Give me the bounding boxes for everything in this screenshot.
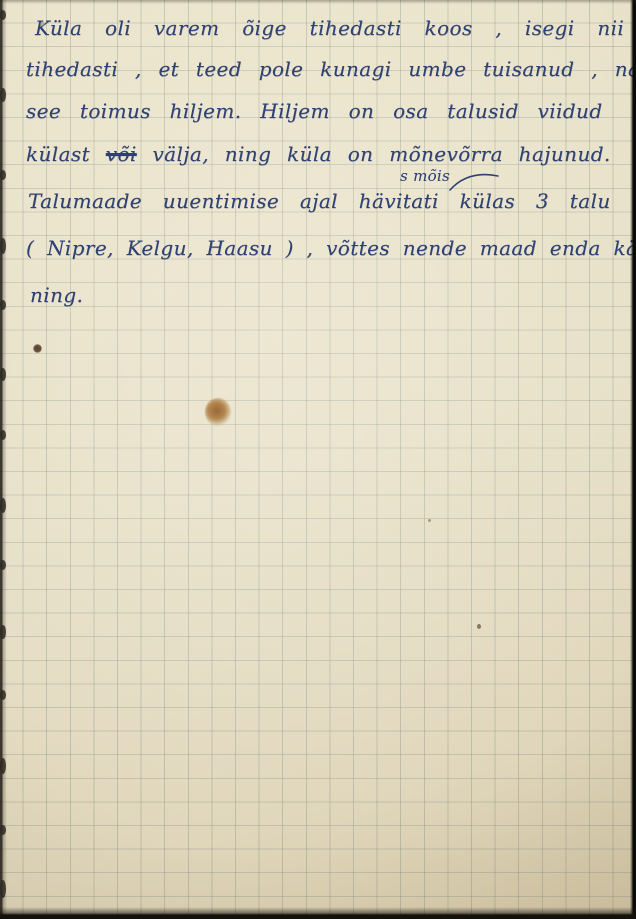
torn-edge-blob	[0, 825, 6, 835]
torn-edge-blob	[0, 880, 6, 898]
handwriting-segment: külast	[26, 142, 106, 166]
torn-edge-blob	[0, 10, 6, 20]
paper-speck	[40, 22, 45, 26]
struck-word: või	[106, 142, 137, 166]
handwriting-line-5: Talumaade uuentimise ajal hävitati külas…	[28, 189, 611, 213]
torn-edge-blob	[0, 690, 6, 700]
torn-edge-blob	[0, 88, 6, 102]
notebook-page: Küla oli varem õige tihedasti koos , ise…	[0, 0, 636, 919]
torn-edge-blob	[0, 300, 6, 310]
torn-edge-blob	[0, 430, 6, 440]
scan-edge-top	[0, 0, 636, 4]
handwriting-line-4: külast või välja, ning küla on mõnevõrra…	[26, 142, 611, 166]
stain-brown	[205, 398, 231, 426]
stain-dark-dot	[33, 344, 42, 353]
torn-edge-blob	[0, 170, 6, 180]
torn-edge-blob	[0, 238, 6, 254]
handwriting-line-1: Küla oli varem õige tihedasti koos , ise…	[35, 16, 624, 40]
torn-edge-blob	[0, 368, 6, 381]
torn-edge-blob	[0, 560, 6, 570]
scan-edge-right	[630, 0, 636, 919]
paper-speck	[477, 624, 481, 629]
paper-speck	[428, 519, 431, 522]
handwriting-line-6: ( Nipre, Kelgu, Haasu ) , võttes nende m…	[26, 236, 636, 260]
torn-edge-blob	[0, 625, 6, 639]
handwriting-line-2: tihedasti , et teed pole kunagi umbe tui…	[26, 57, 636, 81]
torn-edge-left	[0, 0, 7, 919]
torn-edge-blob	[0, 758, 6, 774]
handwriting-segment: välja, ning küla on mõnevõrra hajunud.	[137, 142, 611, 166]
scan-edge-bottom	[0, 907, 636, 919]
handwriting-line-7: ning.	[30, 283, 83, 307]
insertion-note: s mõis	[400, 167, 450, 185]
torn-edge-blob	[0, 498, 6, 513]
handwriting-line-3: see toimus hiljem. Hiljem on osa talusid…	[26, 99, 603, 123]
